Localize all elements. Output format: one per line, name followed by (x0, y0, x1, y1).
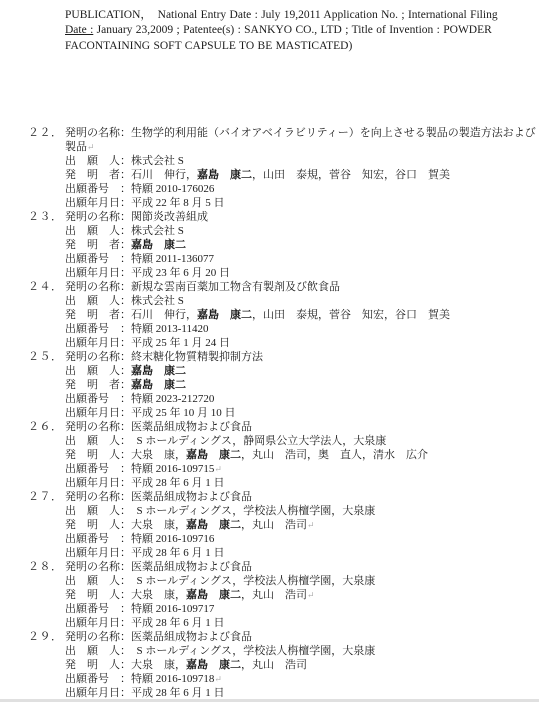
application-number-label: 出願番号 ： (65, 323, 131, 335)
title-label: 発明の名称： (65, 421, 131, 433)
page-bottom-edge (0, 699, 539, 702)
inventor-names: 嘉島 康二 (131, 239, 186, 251)
application-number-label: 出願番号 ： (65, 533, 131, 545)
text-segment: 特願 2011-136077 (131, 253, 214, 265)
text-segment: 嘉島 康二 (186, 449, 241, 461)
application-number-label: 出願番号 ： (65, 253, 131, 265)
applicant-names: 株式会社 S (131, 155, 184, 167)
entry-inventor-row: 発 明 人：大泉 康，嘉島 康二，丸山 浩司↵ (65, 588, 539, 602)
text-segment: 特願 2010-176026 (131, 183, 214, 195)
text-segment: 平成 22 年 8 月 5 日 (131, 197, 225, 209)
entry-number: ２３． (28, 210, 63, 224)
text-segment: 株式会社 S (131, 225, 184, 237)
entry-applicant-row: 出 願 人： S ホールディングス，学校法人栴檀学園，大泉康 (65, 504, 539, 518)
patent-entry: ２２． 発明の名称：生物学的利用能（バイオアベイラビリティー）を向上させる製品の… (0, 126, 539, 210)
application-date: 平成 23 年 6 月 20 日 (131, 267, 230, 279)
entry-appno-row: 出願番号 ：特願 2016-109717 (65, 602, 539, 616)
application-date: 平成 25 年 1 月 24 日 (131, 337, 230, 349)
application-date-label: 出願年月日： (65, 617, 131, 629)
application-date-label: 出願年月日： (65, 267, 131, 279)
publication-header: PUBLICATION， National Entry Date : July … (65, 8, 519, 54)
title-label: 発明の名称： (65, 127, 131, 139)
application-date: 平成 28 年 6 月 1 日 (131, 687, 225, 699)
application-number: 特願 2016-109717 (131, 603, 214, 615)
text-segment: 大泉 康， (131, 449, 186, 461)
text-segment: S ホールディングス，学校法人栴檀学園，大泉康 (126, 505, 376, 517)
entry-title-row: ２２． 発明の名称：生物学的利用能（バイオアベイラビリティー）を向上させる製品の… (65, 126, 539, 140)
text-segment: S ホールディングス，静岡県公立大学法人，大泉康 (126, 435, 387, 447)
application-date-label: 出願年月日： (65, 687, 131, 699)
entry-title-row: ２４． 発明の名称：新規な雲南百薬加工物含有製剤及び飲食品 (65, 280, 539, 294)
text-segment: S ホールディングス，学校法人栴檀学園，大泉康 (126, 645, 376, 657)
entry-date-row: 出願年月日：平成 28 年 6 月 1 日 (65, 616, 539, 630)
text-segment: 大泉 康， (131, 519, 186, 531)
applicant-label: 出 願 人： (65, 225, 131, 237)
inventor-names: 大泉 康，嘉島 康二，丸山 浩司↵ (131, 519, 315, 531)
entry-applicant-row: 出 願 人： S ホールディングス，静岡県公立大学法人，大泉康 (65, 434, 539, 448)
applicant-names: 株式会社 S (131, 225, 184, 237)
applicant-names: 嘉島 康二 (131, 365, 186, 377)
application-number-label: 出願番号 ： (65, 183, 131, 195)
inventor-label: 発 明 人： (65, 519, 131, 531)
inventor-label: 発 明 者： (65, 169, 131, 181)
inventor-names: 石川 伸行，嘉島 康二，山田 泰規，菅谷 知宏，谷口 賀美 (131, 309, 450, 321)
entry-inventor-row: 発 明 人：大泉 康，嘉島 康二，丸山 浩司，奥 直人，清水 広介 (65, 448, 539, 462)
inventor-names: 大泉 康，嘉島 康二，丸山 浩司，奥 直人，清水 広介 (131, 449, 428, 461)
entry-appno-row: 出願番号 ：特願 2023-212720 (65, 392, 539, 406)
text-segment: 嘉島 康二 (186, 659, 241, 671)
invention-title: 医薬品組成物および食品 (131, 631, 252, 643)
applicant-label: 出 願 人： (65, 575, 126, 587)
text-segment: 平成 23 年 6 月 20 日 (131, 267, 230, 279)
text-segment: ，山田 泰規，菅谷 知宏，谷口 賀美 (252, 169, 450, 181)
text-segment: 特願 2013-11420 (131, 323, 209, 335)
text-segment: ，山田 泰規，菅谷 知宏，谷口 賀美 (252, 309, 450, 321)
title-label: 発明の名称： (65, 561, 131, 573)
text-segment: 平成 25 年 10 月 10 日 (131, 407, 236, 419)
text-segment: 株式会社 S (131, 295, 184, 307)
entry-title-continuation-row: 製品↵ (65, 140, 539, 154)
linebreak-mark: ↵ (87, 142, 95, 152)
title-label: 発明の名称： (65, 281, 131, 293)
text-segment: 嘉島 康二 (197, 309, 252, 321)
invention-title: 終末糖化物質精製抑制方法 (131, 351, 263, 363)
text-segment: ，丸山 浩司 (241, 519, 307, 531)
application-date-label: 出願年月日： (65, 547, 131, 559)
entry-title-row: ２５． 発明の名称：終末糖化物質精製抑制方法 (65, 350, 539, 364)
invention-title: 生物学的利用能（バイオアベイラビリティー）を向上させる製品の製造方法および (131, 127, 536, 139)
application-date: 平成 25 年 10 月 10 日 (131, 407, 236, 419)
text-segment: 平成 28 年 6 月 1 日 (131, 477, 225, 489)
text-segment: 石川 伸行， (131, 309, 197, 321)
text-segment: 特願 2016-109715 (131, 463, 214, 475)
application-date-label: 出願年月日： (65, 197, 131, 209)
entry-appno-row: 出願番号 ：特願 2010-176026 (65, 182, 539, 196)
title-label: 発明の名称： (65, 631, 131, 643)
applicant-label: 出 願 人： (65, 155, 131, 167)
text-segment: 石川 伸行， (131, 169, 197, 181)
applicant-label: 出 願 人： (65, 645, 126, 657)
inventor-label: 発 明 人： (65, 589, 131, 601)
application-number: 特願 2023-212720 (131, 393, 214, 405)
invention-title: 医薬品組成物および食品 (131, 491, 252, 503)
linebreak-mark: ↵ (307, 520, 315, 530)
text-segment: 平成 28 年 6 月 1 日 (131, 617, 225, 629)
text-segment: ，丸山 浩司 (241, 589, 307, 601)
inventor-label: 発 明 者： (65, 379, 131, 391)
text-segment: 平成 28 年 6 月 1 日 (131, 547, 225, 559)
entry-number: ２９． (28, 630, 63, 644)
application-date: 平成 28 年 6 月 1 日 (131, 617, 225, 629)
text-segment: 大泉 康， (131, 659, 186, 671)
applicant-names: 株式会社 S (131, 295, 184, 307)
entry-number: ２５． (28, 350, 63, 364)
title-label: 発明の名称： (65, 211, 131, 223)
inventor-label: 発 明 者： (65, 239, 131, 251)
invention-title: 医薬品組成物および食品 (131, 421, 252, 433)
entry-title-row: ２６． 発明の名称：医薬品組成物および食品 (65, 420, 539, 434)
entry-number: ２６． (28, 420, 63, 434)
application-date-label: 出願年月日： (65, 407, 131, 419)
invention-title-continued: 製品↵ (65, 141, 95, 153)
inventor-label: 発 明 人： (65, 449, 131, 461)
patent-entry: ２４． 発明の名称：新規な雲南百薬加工物含有製剤及び飲食品 出 願 人：株式会社… (0, 280, 539, 350)
application-date-label: 出願年月日： (65, 477, 131, 489)
patent-entry: ２７． 発明の名称：医薬品組成物および食品 出 願 人： S ホールディングス，… (0, 490, 539, 560)
patent-entry: ２９． 発明の名称：医薬品組成物および食品 出 願 人： S ホールディングス，… (0, 630, 539, 700)
entry-number: ２８． (28, 560, 63, 574)
title-label: 発明の名称： (65, 351, 131, 363)
application-number-label: 出願番号 ： (65, 393, 131, 405)
applicant-label: 出 願 人： (65, 505, 126, 517)
entry-inventor-row: 発 明 人：大泉 康，嘉島 康二，丸山 浩司↵ (65, 518, 539, 532)
text-segment: 嘉島 康二 (197, 169, 252, 181)
text-segment: 嘉島 康二 (186, 589, 241, 601)
entry-date-row: 出願年月日：平成 25 年 10 月 10 日 (65, 406, 539, 420)
inventor-names: 石川 伸行，嘉島 康二，山田 泰規，菅谷 知宏，谷口 賀美 (131, 169, 450, 181)
entry-inventor-row: 発 明 人：大泉 康，嘉島 康二，丸山 浩司 (65, 658, 539, 672)
linebreak-mark: ↵ (307, 590, 315, 600)
applicant-names: S ホールディングス，学校法人栴檀学園，大泉康 (126, 575, 376, 587)
entry-date-row: 出願年月日：平成 25 年 1 月 24 日 (65, 336, 539, 350)
entry-number: ２４． (28, 280, 63, 294)
entry-inventor-row: 発 明 者：嘉島 康二 (65, 378, 539, 392)
entry-title-row: ２７． 発明の名称：医薬品組成物および食品 (65, 490, 539, 504)
application-number: 特願 2010-176026 (131, 183, 214, 195)
entry-applicant-row: 出 願 人：株式会社 S (65, 154, 539, 168)
text-segment: 嘉島 康二 (186, 519, 241, 531)
entry-applicant-row: 出 願 人：嘉島 康二 (65, 364, 539, 378)
application-number: 特願 2016-109716 (131, 533, 214, 545)
entry-inventor-row: 発 明 者：石川 伸行，嘉島 康二，山田 泰規，菅谷 知宏，谷口 賀美 (65, 168, 539, 182)
text-segment: 嘉島 康二 (131, 239, 186, 251)
entry-number: ２７． (28, 490, 63, 504)
text-segment: 大泉 康， (131, 589, 186, 601)
applicant-label: 出 願 人： (65, 435, 126, 447)
entry-appno-row: 出願番号 ：特願 2013-11420 (65, 322, 539, 336)
entry-appno-row: 出願番号 ：特願 2016-109715↵ (65, 462, 539, 476)
applicant-names: S ホールディングス，静岡県公立大学法人，大泉康 (126, 435, 387, 447)
entry-date-row: 出願年月日：平成 28 年 6 月 1 日 (65, 476, 539, 490)
text-segment: 特願 2016-109716 (131, 533, 214, 545)
inventor-label: 発 明 者： (65, 309, 131, 321)
text-segment: 特願 2016-109717 (131, 603, 214, 615)
invention-title: 関節炎改善組成 (131, 211, 208, 223)
application-number-label: 出願番号 ： (65, 603, 131, 615)
entries-list: ２２． 発明の名称：生物学的利用能（バイオアベイラビリティー）を向上させる製品の… (0, 126, 539, 700)
linebreak-mark: ↵ (214, 464, 222, 474)
text-segment: 嘉島 康二 (131, 379, 186, 391)
application-number-label: 出願番号 ： (65, 463, 131, 475)
title-label: 発明の名称： (65, 491, 131, 503)
patent-entry: ２６． 発明の名称：医薬品組成物および食品 出 願 人： S ホールディングス，… (0, 420, 539, 490)
text-segment: Date : (65, 24, 93, 36)
text-segment: 嘉島 康二 (131, 365, 186, 377)
entry-applicant-row: 出 願 人： S ホールディングス，学校法人栴檀学園，大泉康 (65, 574, 539, 588)
inventor-names: 大泉 康，嘉島 康二，丸山 浩司↵ (131, 589, 315, 601)
applicant-label: 出 願 人： (65, 365, 131, 377)
application-number: 特願 2011-136077 (131, 253, 214, 265)
entry-date-row: 出願年月日：平成 28 年 6 月 1 日 (65, 546, 539, 560)
invention-title: 医薬品組成物および食品 (131, 561, 252, 573)
application-date-label: 出願年月日： (65, 337, 131, 349)
application-date: 平成 22 年 8 月 5 日 (131, 197, 225, 209)
linebreak-mark: ↵ (214, 674, 222, 684)
entry-appno-row: 出願番号 ：特願 2016-109716 (65, 532, 539, 546)
entry-appno-row: 出願番号 ：特願 2016-109718↵ (65, 672, 539, 686)
entry-date-row: 出願年月日：平成 28 年 6 月 1 日 (65, 686, 539, 700)
text-segment: 製品 (65, 141, 87, 153)
patent-entry: ２５． 発明の名称：終末糖化物質精製抑制方法 出 願 人：嘉島 康二 発 明 者… (0, 350, 539, 420)
text-segment: 平成 25 年 1 月 24 日 (131, 337, 230, 349)
entry-inventor-row: 発 明 者：石川 伸行，嘉島 康二，山田 泰規，菅谷 知宏，谷口 賀美 (65, 308, 539, 322)
applicant-names: S ホールディングス，学校法人栴檀学園，大泉康 (126, 505, 376, 517)
invention-title: 新規な雲南百薬加工物含有製剤及び飲食品 (131, 281, 340, 293)
applicant-names: S ホールディングス，学校法人栴檀学園，大泉康 (126, 645, 376, 657)
entry-date-row: 出願年月日：平成 23 年 6 月 20 日 (65, 266, 539, 280)
application-date: 平成 28 年 6 月 1 日 (131, 477, 225, 489)
entry-title-row: ２３． 発明の名称：関節炎改善組成 (65, 210, 539, 224)
application-number: 特願 2016-109718↵ (131, 673, 222, 685)
inventor-names: 大泉 康，嘉島 康二，丸山 浩司 (131, 659, 307, 671)
text-segment: January 23,2009 ; Patentee(s) : SANKYO C… (65, 24, 492, 51)
applicant-label: 出 願 人： (65, 295, 131, 307)
entry-appno-row: 出願番号 ：特願 2011-136077 (65, 252, 539, 266)
entry-number: ２２． (28, 126, 63, 140)
application-number: 特願 2013-11420 (131, 323, 209, 335)
entry-applicant-row: 出 願 人：株式会社 S (65, 224, 539, 238)
patent-entry: ２８． 発明の名称：医薬品組成物および食品 出 願 人： S ホールディングス，… (0, 560, 539, 630)
text-segment: ，丸山 浩司，奥 直人，清水 広介 (241, 449, 428, 461)
entry-inventor-row: 発 明 者：嘉島 康二 (65, 238, 539, 252)
text-segment: 特願 2016-109718 (131, 673, 214, 685)
entry-title-row: ２８． 発明の名称：医薬品組成物および食品 (65, 560, 539, 574)
application-number-label: 出願番号 ： (65, 673, 131, 685)
patent-entry: ２３． 発明の名称：関節炎改善組成 出 願 人：株式会社 S 発 明 者：嘉島 … (0, 210, 539, 280)
entry-applicant-row: 出 願 人：株式会社 S (65, 294, 539, 308)
inventor-label: 発 明 人： (65, 659, 131, 671)
text-segment: 株式会社 S (131, 155, 184, 167)
entry-applicant-row: 出 願 人： S ホールディングス，学校法人栴檀学園，大泉康 (65, 644, 539, 658)
application-number: 特願 2016-109715↵ (131, 463, 222, 475)
text-segment: S ホールディングス，学校法人栴檀学園，大泉康 (126, 575, 376, 587)
text-segment: 特願 2023-212720 (131, 393, 214, 405)
text-segment: ，丸山 浩司 (241, 659, 307, 671)
text-segment: 平成 28 年 6 月 1 日 (131, 687, 225, 699)
application-date: 平成 28 年 6 月 1 日 (131, 547, 225, 559)
text-segment: PUBLICATION， National Entry Date : July … (65, 9, 498, 21)
entry-date-row: 出願年月日：平成 22 年 8 月 5 日 (65, 196, 539, 210)
inventor-names: 嘉島 康二 (131, 379, 186, 391)
entry-title-row: ２９． 発明の名称：医薬品組成物および食品 (65, 630, 539, 644)
